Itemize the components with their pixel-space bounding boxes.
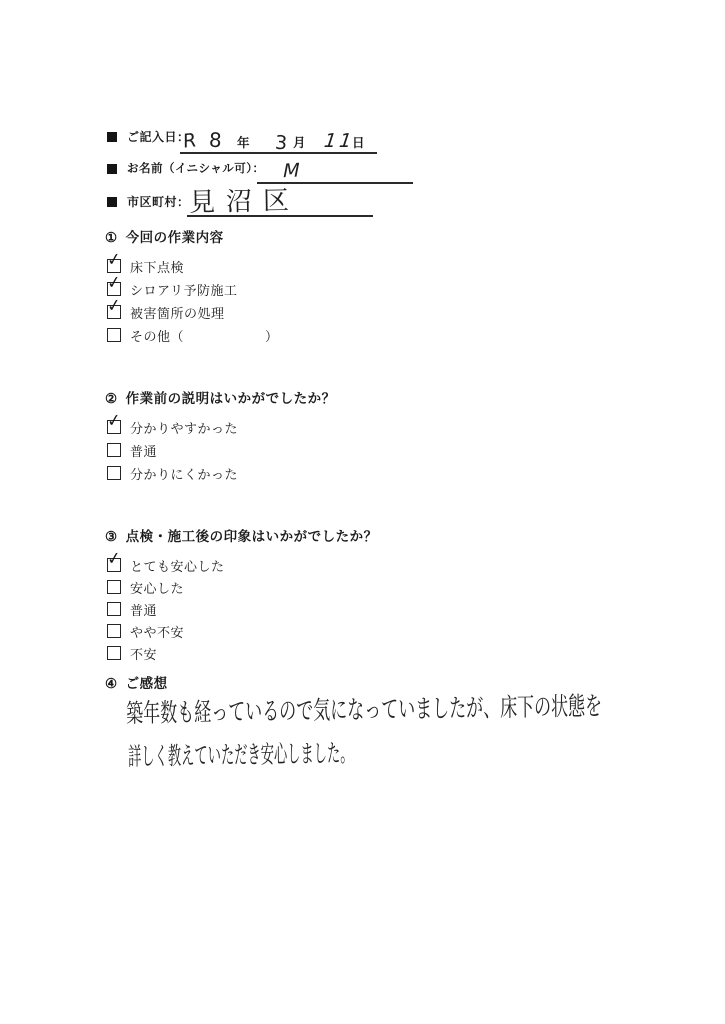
date-month-handwriting: 3	[274, 132, 288, 155]
question-number: ③	[105, 529, 118, 544]
checkbox: ✓	[107, 443, 121, 457]
name-field-label: お名前（イニシャル可）：	[127, 161, 265, 177]
option-row: ✓ 床下点検	[107, 258, 279, 274]
option-row: ✓ 安心した	[107, 579, 378, 595]
checkbox: ✓	[107, 282, 121, 296]
checkbox: ✓	[107, 558, 121, 572]
checkbox: ✓	[107, 420, 121, 434]
question-3-header: ③点検・施工後の印象はいかがでしたか？	[105, 528, 378, 546]
question-2-header: ②作業前の説明はいかがでしたか？	[105, 390, 336, 408]
date-blank-line: R 8 年 3 月 11 日	[180, 126, 377, 154]
option-row: ✓ とても安心した	[107, 557, 378, 573]
question-1-header: ①今回の作業内容	[105, 229, 279, 247]
day-unit-label: 日	[352, 133, 365, 151]
date-field-row: ご記入日： R 8 年 3 月 11 日	[0, 126, 725, 152]
option-label: 床下点検	[130, 257, 184, 276]
checkbox: ✓	[107, 305, 121, 319]
option-label: シロアリ予防施工	[130, 280, 237, 299]
question-title: 点検・施工後の印象はいかがでしたか？	[126, 529, 378, 544]
option-row: ✓ その他（ ）	[107, 327, 279, 343]
question-title: ご感想	[126, 676, 168, 691]
check-mark-icon: ✓	[106, 249, 123, 271]
option-label: 被害箇所の処理	[130, 303, 225, 322]
option-label: 普通	[130, 441, 157, 460]
option-row: ✓ 分かりにくかった	[107, 465, 336, 481]
option-row: ✓ 普通	[107, 442, 336, 458]
option-label: 分かりにくかった	[130, 464, 238, 483]
option-label: やや不安	[130, 622, 184, 641]
handwritten-comment-line-1: 築年数も経っているので気になっていましたが、床下の状態を	[126, 685, 602, 730]
city-handwriting: 見沼区	[189, 180, 301, 219]
checkbox: ✓	[107, 466, 121, 480]
question-title: 今回の作業内容	[126, 230, 224, 245]
square-bullet-icon	[107, 197, 117, 207]
check-mark-icon: ✓	[106, 410, 123, 432]
year-unit-label: 年	[237, 133, 250, 151]
question-3: ③点検・施工後の印象はいかがでしたか？ ✓ とても安心した ✓ 安心した ✓ 普…	[105, 528, 378, 667]
question-2: ②作業前の説明はいかがでしたか？ ✓ 分かりやすかった ✓ 普通 ✓ 分かりにく…	[105, 390, 336, 488]
question-1: ①今回の作業内容 ✓ 床下点検 ✓ シロアリ予防施工 ✓ 被害箇所の処理 ✓ そ…	[105, 229, 279, 350]
option-label: 不安	[130, 644, 157, 663]
option-label: 分かりやすかった	[130, 418, 238, 437]
square-bullet-icon	[107, 132, 117, 142]
question-4-header: ④ご感想	[105, 675, 168, 693]
month-unit-label: 月	[293, 133, 306, 151]
option-row: ✓ 普通	[107, 601, 378, 617]
square-bullet-icon	[107, 164, 117, 174]
check-mark-icon: ✓	[106, 272, 123, 294]
name-field-row: お名前（イニシャル可）： M	[0, 158, 725, 182]
city-field-row: 市区町村： 見沼区	[0, 185, 725, 215]
option-label: 安心した	[130, 578, 184, 597]
option-label: とても安心した	[130, 556, 225, 575]
date-era-handwriting: R	[183, 129, 196, 153]
date-year-handwriting: 8	[208, 128, 222, 153]
option-row: ✓ 被害箇所の処理	[107, 304, 279, 320]
city-field-label: 市区町村：	[127, 194, 190, 210]
question-number: ④	[105, 676, 118, 691]
checkbox: ✓	[107, 602, 121, 616]
check-mark-icon: ✓	[106, 548, 123, 570]
checkbox: ✓	[107, 580, 121, 594]
checkbox: ✓	[107, 259, 121, 273]
question-number: ①	[105, 230, 118, 245]
option-row: ✓ シロアリ予防施工	[107, 281, 279, 297]
name-handwriting: M	[281, 160, 302, 183]
option-row: ✓ 分かりやすかった	[107, 419, 336, 435]
option-label: その他（ ）	[130, 326, 279, 345]
city-blank-line: 見沼区	[187, 185, 373, 217]
scanned-survey-form: ご記入日： R 8 年 3 月 11 日 お名前（イニシャル可）： M 市区町村…	[0, 0, 725, 1024]
question-number: ②	[105, 391, 118, 406]
question-title: 作業前の説明はいかがでしたか？	[126, 391, 336, 406]
checkbox: ✓	[107, 328, 121, 342]
checkbox: ✓	[107, 624, 121, 638]
option-row: ✓ やや不安	[107, 623, 378, 639]
option-row: ✓ 不安	[107, 645, 378, 661]
checkbox: ✓	[107, 646, 121, 660]
check-mark-icon: ✓	[106, 295, 123, 317]
handwritten-comment-line-2: 詳しく教えていただき安心しました。	[128, 732, 354, 772]
option-label: 普通	[130, 600, 157, 619]
